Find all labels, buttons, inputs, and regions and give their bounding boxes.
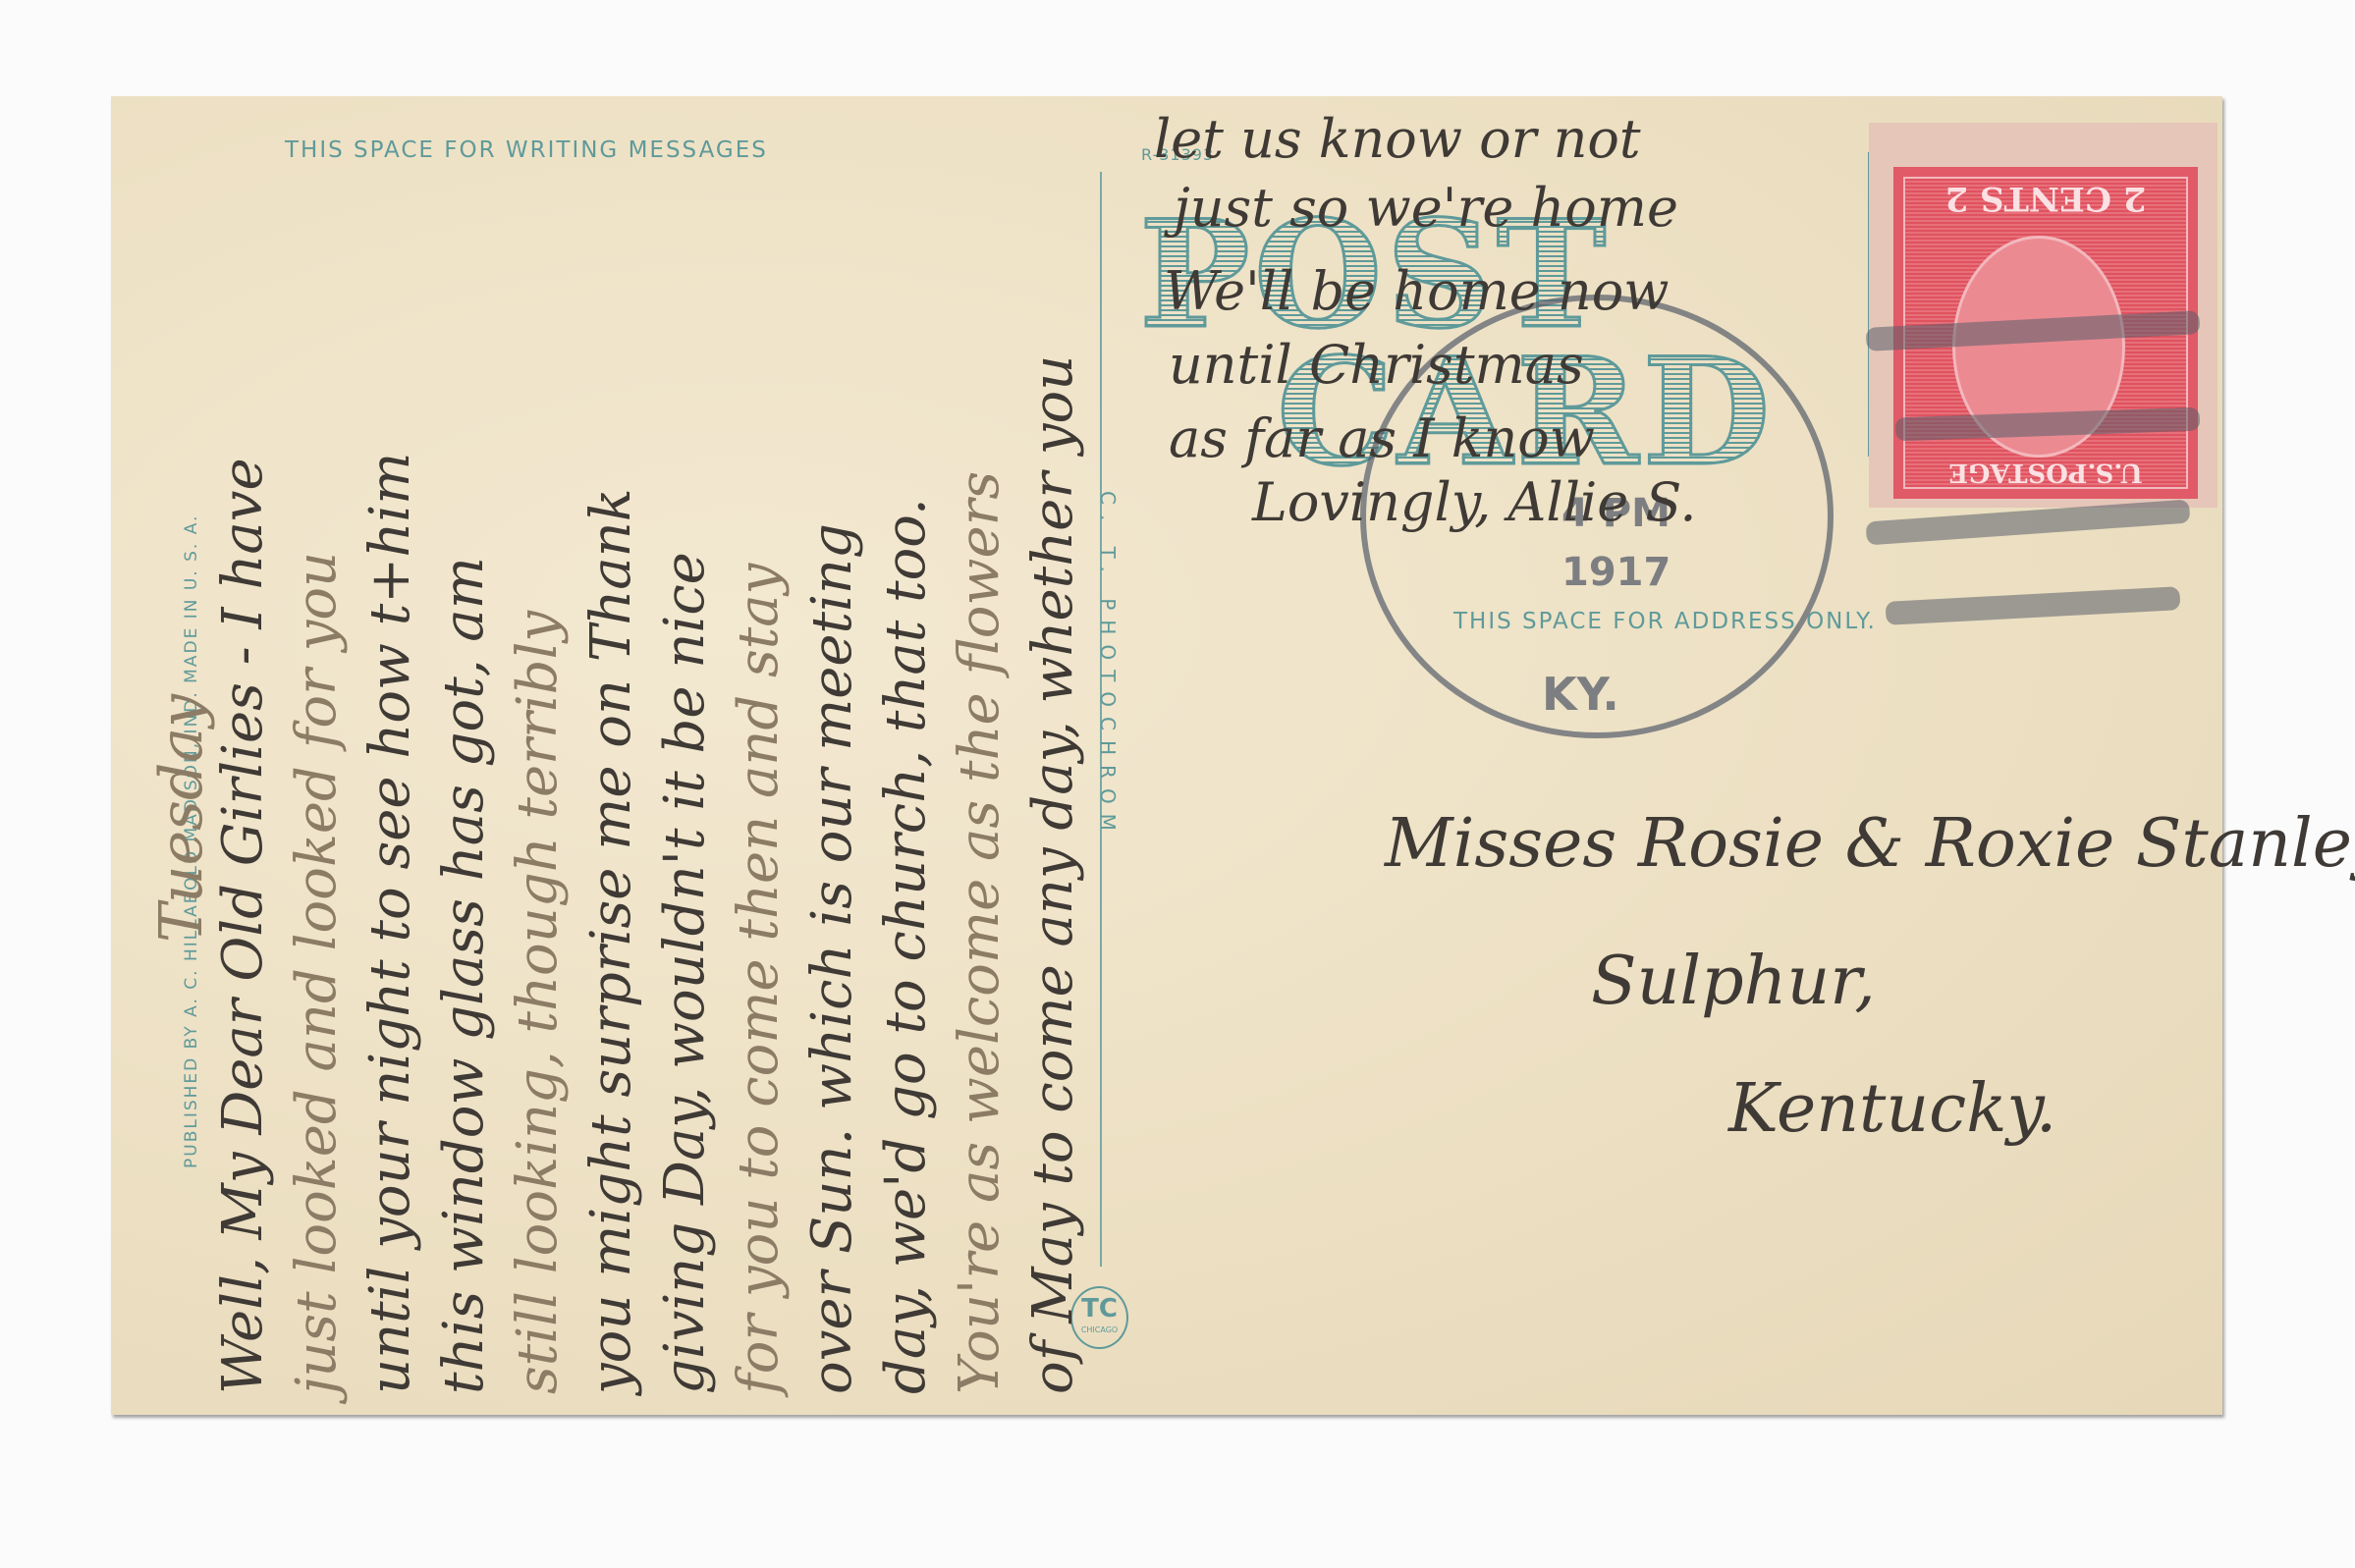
postmark-year: 1917 — [1561, 550, 1670, 595]
message-line: still looking, though terribly — [506, 611, 570, 1394]
message-line: over Sun. which is our meeting — [800, 523, 864, 1394]
message-line: just looked and looked for you — [285, 552, 349, 1394]
address-recipient: Misses Rosie & Roxie Stanley — [1385, 805, 2355, 883]
message-line: this window glass has got, am — [432, 557, 496, 1394]
message-line: until your night to see how t+him — [358, 453, 422, 1394]
divider-imprint: C. T. PHOTOCHROM — [1096, 491, 1120, 840]
continuation-line: just so we're home — [1174, 177, 1678, 239]
continuation-line: until Christmas — [1169, 334, 1584, 396]
continuation-line: as far as I know — [1169, 407, 1595, 469]
message-line: day, we'd go to church, that too. — [874, 498, 938, 1394]
message-dateline: Tuesday — [147, 694, 216, 943]
message-line: for you to come then and stay — [727, 564, 791, 1394]
stamp-denomination: 2 CENTS 2 — [1893, 179, 2198, 218]
message-line: you might surprise me on Thank — [579, 488, 643, 1394]
message-line: Well, My Dear Old Girlies - I have — [211, 458, 275, 1394]
continuation-line: let us know or not — [1154, 108, 1641, 170]
message-space-header: THIS SPACE FOR WRITING MESSAGES — [285, 137, 768, 163]
stamp-postage-label: U.S.POSTAGE — [1893, 458, 2198, 487]
postmark-state: KY. — [1542, 668, 1619, 721]
address-city: Sulphur, — [1591, 943, 1876, 1020]
continuation-line: We'll be home now — [1164, 260, 1669, 322]
message-line: You're as welcome as the flowers — [948, 471, 1012, 1394]
message-line: of May to come any day, whether you — [1021, 355, 1085, 1394]
address-state: Kentucky. — [1728, 1070, 2056, 1148]
logo-city: CHICAGO — [1081, 1325, 1118, 1334]
continuation-line: Lovingly, Allie S. — [1252, 471, 1697, 533]
message-line: giving Day, wouldn't it be nice — [653, 552, 717, 1394]
